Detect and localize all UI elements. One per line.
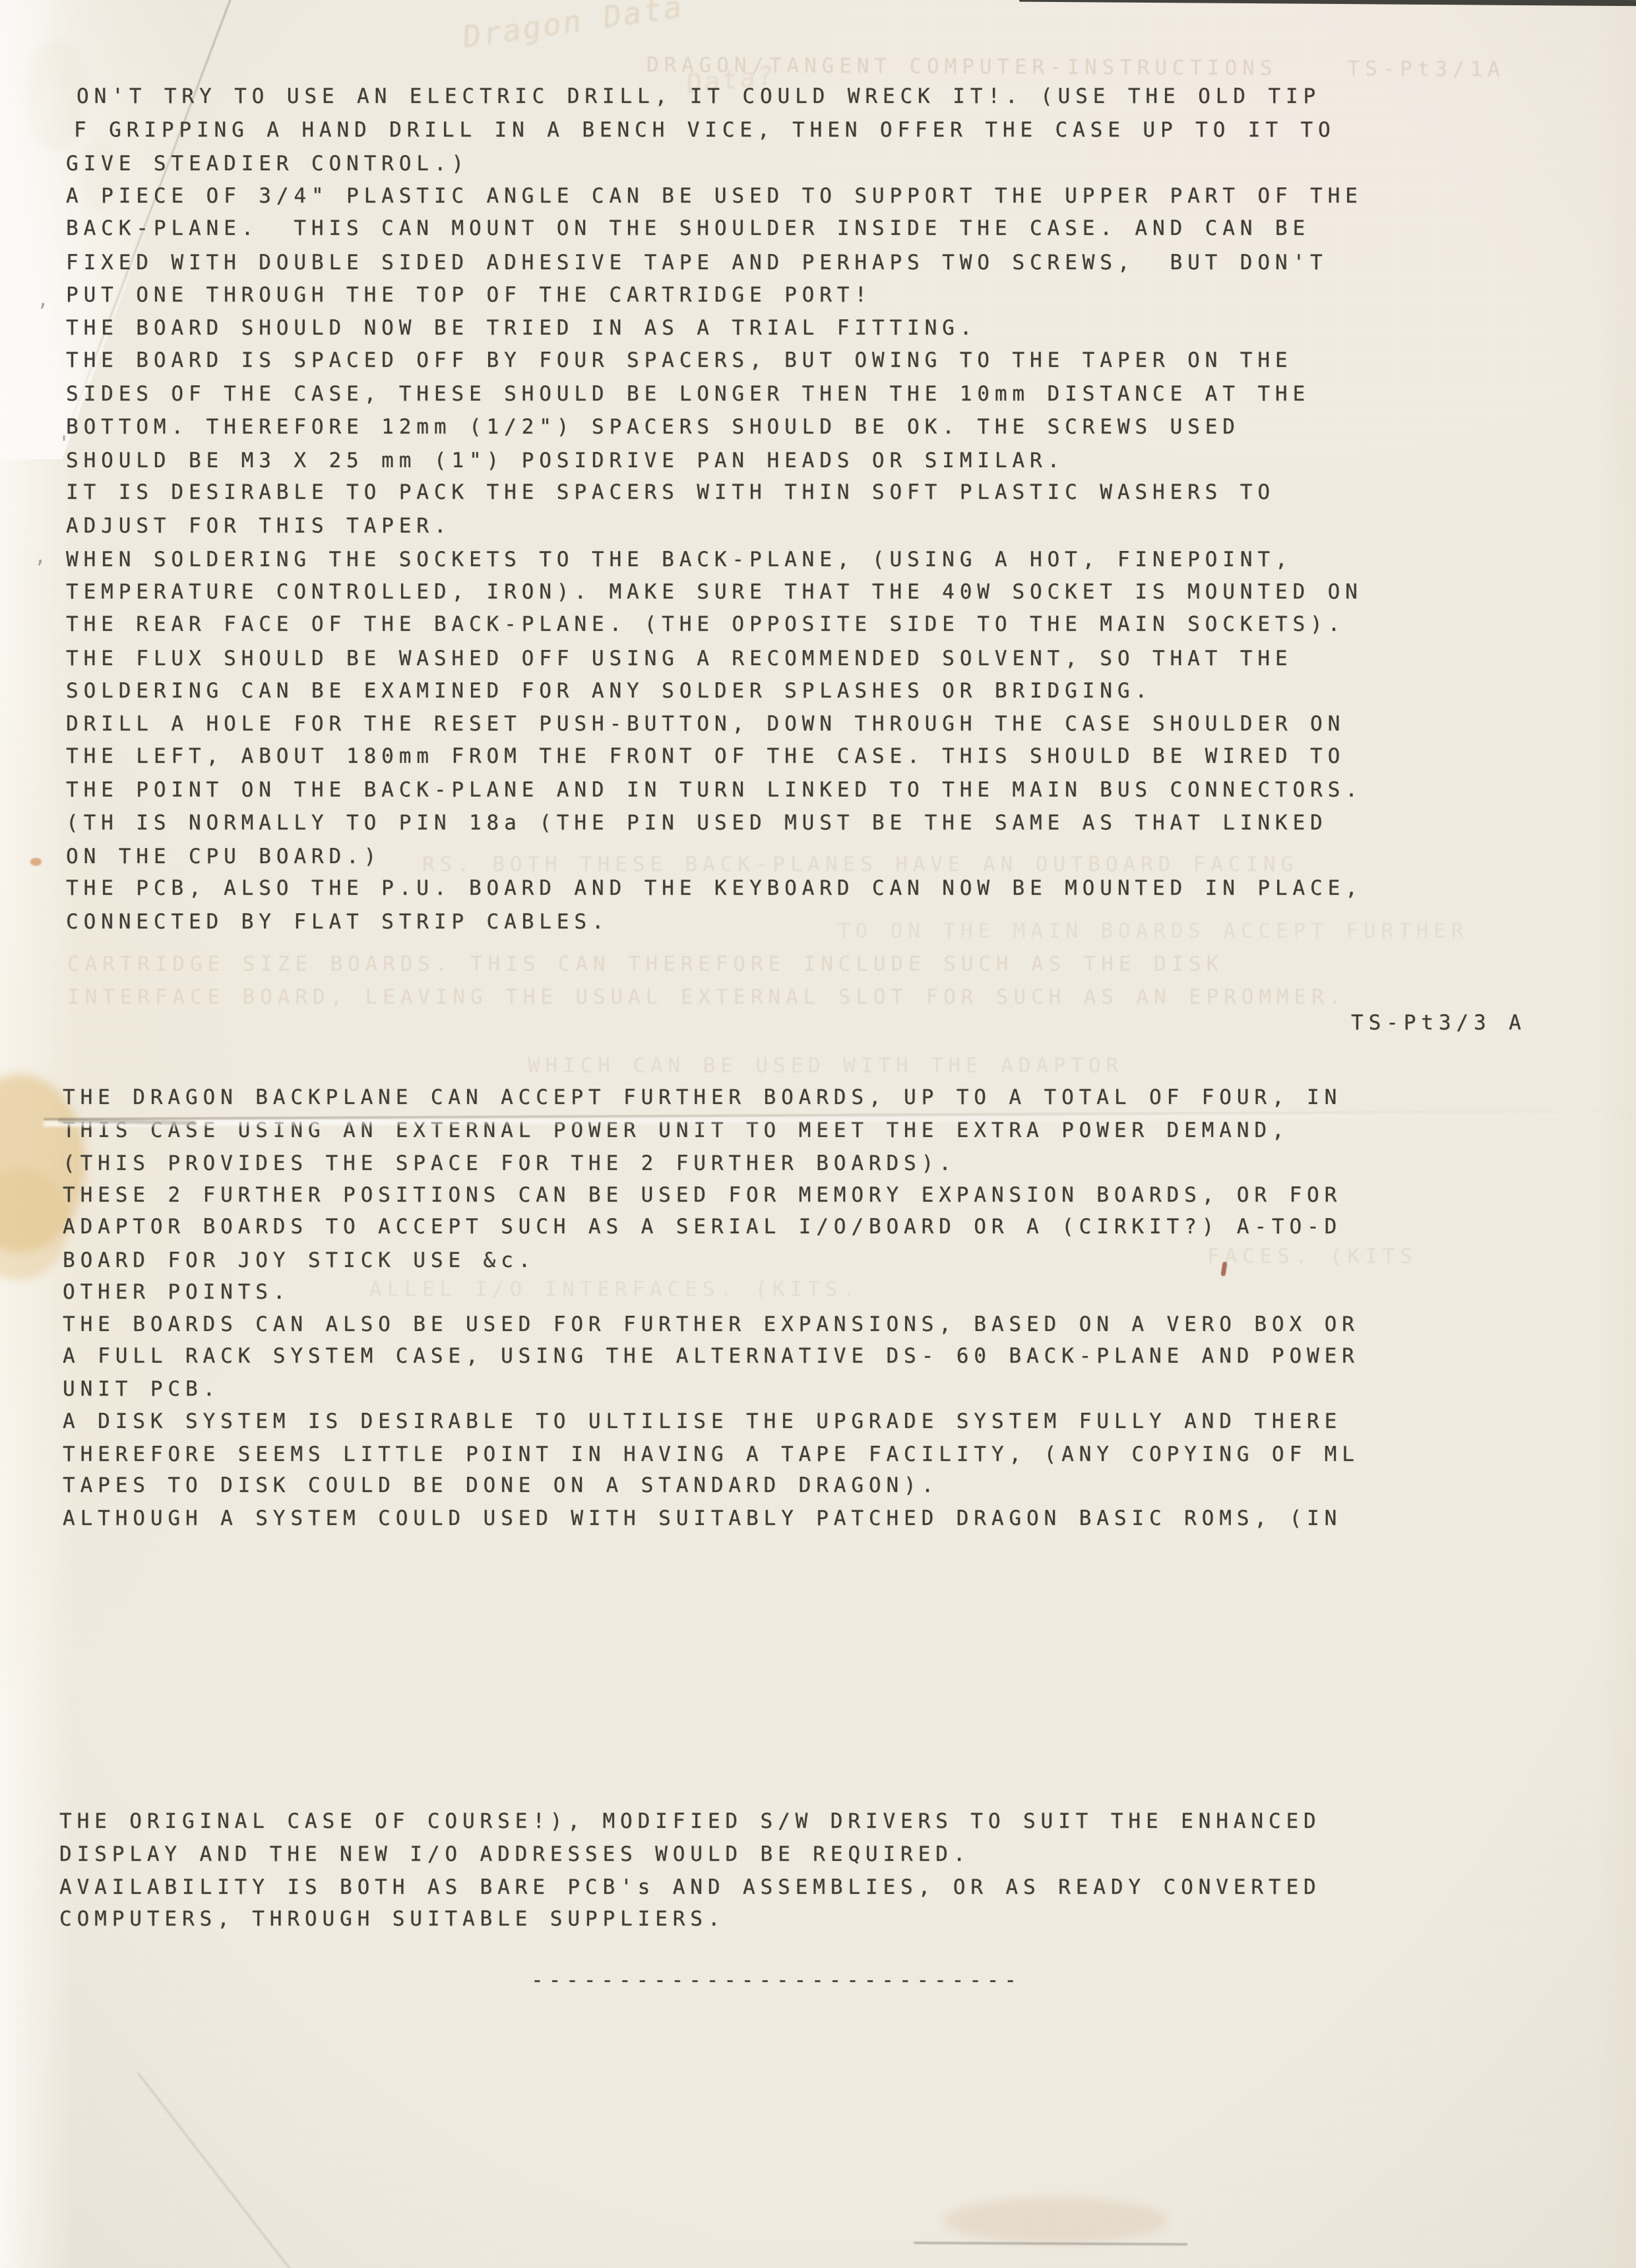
scan-edge-top xyxy=(1019,0,1636,6)
text-line: BOARD FOR JOY STICK USE &c. xyxy=(63,1245,1360,1277)
ghost-text-fragment: ALLEL I/O INTERFACES. (KITS. xyxy=(369,1278,860,1301)
text-line: THE ORIGINAL CASE OF COURSE!), MODIFIED … xyxy=(59,1805,1321,1838)
text-line: THE FLUX SHOULD BE WASHED OFF USING A RE… xyxy=(66,642,1363,675)
ghost-text-fragment: CARTRIDGE SIZE BOARDS. THIS CAN THEREFOR… xyxy=(67,952,1224,976)
ghost-typed-header: DRAGON/TANGENT COMPUTER-INSTRUCTIONS TS-… xyxy=(646,53,1505,82)
text-line: (TH IS NORMALLY TO PIN 18a (THE PIN USED… xyxy=(66,806,1363,839)
ghost-text-fragment: WHICH CAN BE USED WITH THE ADAPTOR xyxy=(528,1054,1123,1078)
text-line: A FULL RACK SYSTEM CASE, USING THE ALTER… xyxy=(63,1340,1360,1373)
text-line: BOTTOM. THEREFORE 12mm (1/2") SPACERS SH… xyxy=(66,410,1363,443)
text-line: THE LEFT, ABOUT 180mm FROM THE FRONT OF … xyxy=(66,740,1363,773)
margin-stray-mark: ' xyxy=(58,432,70,455)
text-line: SOLDERING CAN BE EXAMINED FOR ANY SOLDER… xyxy=(66,674,1363,707)
typed-divider-rule: ---------------------------- xyxy=(531,1968,1022,1992)
text-line: ADJUST FOR THIS TAPER. xyxy=(66,509,1363,542)
scan-artifact-line xyxy=(914,2242,1187,2246)
text-line: THE BOARDS CAN ALSO BE USED FOR FURTHER … xyxy=(63,1309,1360,1341)
text-line: THE REAR FACE OF THE BACK-PLANE. (THE OP… xyxy=(66,608,1363,641)
text-line: (THIS PROVIDES THE SPACE FOR THE 2 FURTH… xyxy=(63,1148,1360,1180)
margin-stray-mark: , xyxy=(34,545,46,568)
text-line: SIDES OF THE CASE, THESE SHOULD BE LONGE… xyxy=(66,377,1363,410)
ghost-text-fragment: RS. BOTH THESE BACK-PLANES HAVE AN OUTBO… xyxy=(422,853,1298,876)
text-line: DRILL A HOLE FOR THE RESET PUSH-BUTTON, … xyxy=(66,707,1363,740)
paragraph-block-2: THE DRAGON BACKPLANE CAN ACCEPT FURTHER … xyxy=(63,1082,1360,1535)
text-line: UNIT PCB. xyxy=(63,1373,1360,1406)
text-line: THE BOARD IS SPACED OFF BY FOUR SPACERS,… xyxy=(66,344,1363,377)
text-line: FIXED WITH DOUBLE SIDED ADHESIVE TAPE AN… xyxy=(66,246,1363,279)
text-line: DISPLAY AND THE NEW I/O ADDRESSES WOULD … xyxy=(59,1838,1321,1871)
text-line: A PIECE OF 3/4" PLASTIC ANGLE CAN BE USE… xyxy=(66,179,1363,212)
text-line: AVAILABILITY IS BOTH AS BARE PCB's AND A… xyxy=(59,1871,1321,1904)
margin-stray-mark: , xyxy=(37,288,49,311)
text-line: PUT ONE THROUGH THE TOP OF THE CARTRIDGE… xyxy=(66,278,1363,311)
ghost-text-fragment: TO ON THE MAIN BOARDS ACCEPT FURTHER xyxy=(838,919,1468,943)
stain-orange-dot xyxy=(30,858,42,866)
text-line: F GRIPPING A HAND DRILL IN A BENCH VICE,… xyxy=(74,113,1363,146)
paragraph-block-1: ON'T TRY TO USE AN ELECTRIC DRILL, IT CO… xyxy=(66,81,1363,938)
text-line: GIVE STEADIER CONTROL.) xyxy=(66,147,1363,180)
smudge-bottom xyxy=(943,2197,1168,2244)
text-line: THE PCB, ALSO THE P.U. BOARD AND THE KEY… xyxy=(66,872,1363,905)
text-line: COMPUTERS, THROUGH SUITABLE SUPPLIERS. xyxy=(59,1903,1321,1935)
text-line: THE POINT ON THE BACK-PLANE AND IN TURN … xyxy=(66,773,1363,806)
crease-bottom-left xyxy=(137,2072,292,2268)
text-line: THE DRAGON BACKPLANE CAN ACCEPT FURTHER … xyxy=(63,1082,1360,1114)
text-line: ON'T TRY TO USE AN ELECTRIC DRILL, IT CO… xyxy=(77,80,1363,113)
text-line: WHEN SOLDERING THE SOCKETS TO THE BACK-P… xyxy=(66,543,1363,576)
text-line: TEMPERATURE CONTROLLED, IRON). MAKE SURE… xyxy=(66,575,1363,608)
text-line: SHOULD BE M3 X 25 mm (1") POSIDRIVE PAN … xyxy=(66,444,1363,477)
scanned-document-page: Dragon Data Data? DRAGON/TANGENT COMPUTE… xyxy=(0,0,1636,2268)
text-line: TAPES TO DISK COULD BE DONE ON A STANDAR… xyxy=(63,1470,1360,1502)
text-line: THE BOARD SHOULD NOW BE TRIED IN AS A TR… xyxy=(66,311,1363,344)
ghost-text-fragment: INTERFACE BOARD, LEAVING THE USUAL EXTER… xyxy=(67,985,1346,1009)
text-line: THESE 2 FURTHER POSITIONS CAN BE USED FO… xyxy=(63,1179,1360,1212)
text-line: IT IS DESIRABLE TO PACK THE SPACERS WITH… xyxy=(66,476,1363,509)
text-line: ADAPTOR BOARDS TO ACCEPT SUCH AS A SERIA… xyxy=(63,1211,1360,1243)
text-line: A DISK SYSTEM IS DESIRABLE TO ULTILISE T… xyxy=(63,1406,1360,1438)
text-line: THEREFORE SEEMS LITTLE POINT IN HAVING A… xyxy=(63,1439,1360,1471)
page-reference: TS-Pt3/3 A xyxy=(1351,1011,1526,1035)
paragraph-block-3: THE ORIGINAL CASE OF COURSE!), MODIFIED … xyxy=(59,1806,1321,1935)
stain-yellow-left-2 xyxy=(0,1168,69,1280)
text-line: BACK-PLANE. THIS CAN MOUNT ON THE SHOULD… xyxy=(66,212,1363,245)
text-line: ALTHOUGH A SYSTEM COULD USED WITH SUITAB… xyxy=(63,1503,1360,1535)
ghost-handwritten-note: Dragon Data xyxy=(462,0,684,55)
ghost-text-fragment: FACES. (KITS xyxy=(1207,1245,1418,1268)
